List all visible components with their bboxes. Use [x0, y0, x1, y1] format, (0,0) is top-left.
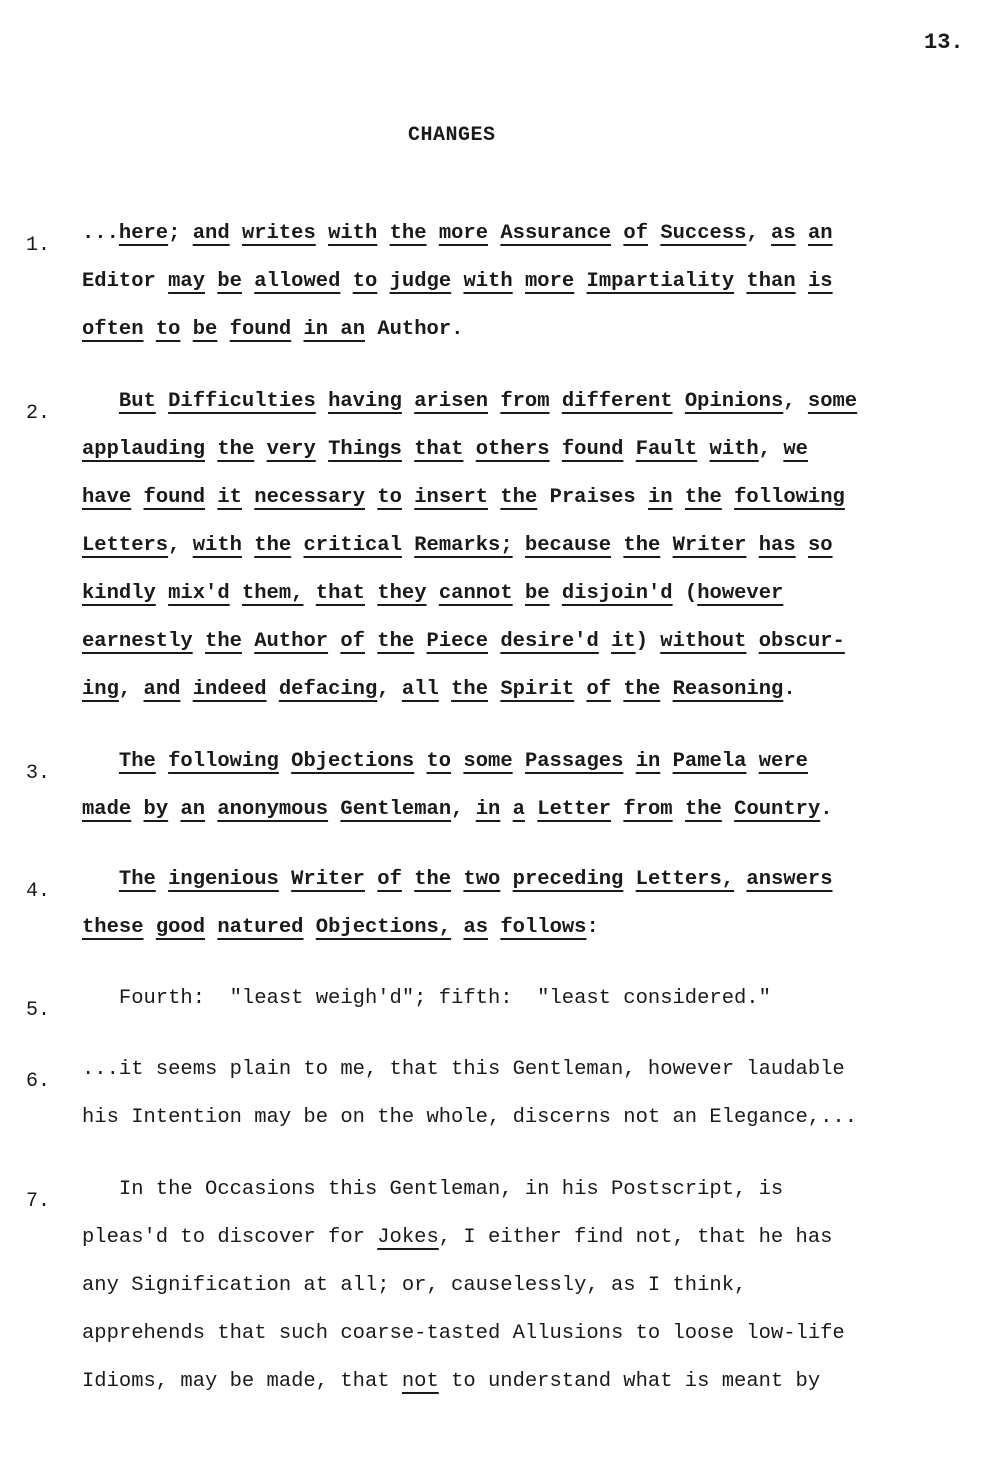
entry-number: 5. [26, 999, 50, 1022]
underlined-text: indeed [193, 678, 267, 701]
underlined-text: of [586, 678, 611, 701]
underlined-text: the [623, 678, 660, 701]
underlined-text: it [611, 630, 636, 653]
underlined-text: desire'd [500, 630, 598, 653]
text [451, 868, 463, 891]
entry-number: 1. [26, 234, 50, 257]
text: ) [636, 630, 661, 653]
text: pleas'd to discover for [82, 1226, 377, 1249]
text [156, 582, 168, 605]
text: , [377, 678, 402, 701]
text-line: have found it necessary to insert the Pr… [82, 486, 845, 509]
text [316, 222, 328, 245]
text [230, 222, 242, 245]
text [144, 318, 156, 341]
text [488, 678, 500, 701]
underlined-text: Difficulties [168, 390, 316, 413]
text [488, 630, 500, 653]
text-line: ing, and indeed defacing, all the Spirit… [82, 678, 796, 701]
text-line: his Intention may be on the whole, disce… [82, 1106, 857, 1129]
text [131, 798, 143, 821]
underlined-text: the [451, 678, 488, 701]
underlined-text: they [377, 582, 426, 605]
text [796, 534, 808, 557]
text [673, 390, 685, 413]
underlined-text: Fault [636, 438, 698, 461]
text-line: any Signification at all; or, causelessl… [82, 1274, 746, 1297]
text [623, 750, 635, 773]
text [303, 916, 315, 939]
text [660, 534, 672, 557]
underlined-text: with [193, 534, 242, 557]
text [242, 486, 254, 509]
text [328, 798, 340, 821]
text [513, 750, 525, 773]
underlined-text: that [316, 582, 365, 605]
underlined-text: found [562, 438, 624, 461]
underlined-text: necessary [254, 486, 365, 509]
text [316, 390, 328, 413]
text [414, 630, 426, 653]
text [451, 750, 463, 773]
text [205, 916, 217, 939]
underlined-text: kindly [82, 582, 156, 605]
text [599, 630, 611, 653]
underlined-text: Piece [427, 630, 489, 653]
underlined-text: Letters, [636, 868, 734, 891]
text: Idioms, may be made, that [82, 1370, 402, 1393]
underlined-text: earnestly [82, 630, 193, 653]
underlined-text: Pamela [673, 750, 747, 773]
underlined-text: Reasoning [673, 678, 784, 701]
underlined-text: allowed [254, 270, 340, 293]
underlined-text: very [267, 438, 316, 461]
text [82, 750, 119, 773]
text-line: The following Objections to some Passage… [82, 750, 808, 773]
underlined-text: a [513, 798, 525, 821]
underlined-text: The [119, 750, 156, 773]
underlined-text: preceding [513, 868, 624, 891]
underlined-text: all [402, 678, 439, 701]
underlined-text: critical [303, 534, 401, 557]
text [242, 534, 254, 557]
text [513, 270, 525, 293]
text [82, 390, 119, 413]
text [291, 534, 303, 557]
text [550, 438, 562, 461]
text: , [168, 534, 193, 557]
underlined-text: the [205, 630, 242, 653]
text [377, 270, 389, 293]
underlined-text: the [414, 868, 451, 891]
text [746, 534, 758, 557]
text [365, 868, 377, 891]
text [796, 222, 808, 245]
text [156, 750, 168, 773]
text [303, 582, 315, 605]
underlined-text: applauding [82, 438, 205, 461]
text [500, 868, 512, 891]
underlined-text: be [525, 582, 550, 605]
underlined-text: more [439, 222, 488, 245]
text [722, 486, 734, 509]
text [402, 534, 414, 557]
underlined-text: the [390, 222, 427, 245]
underlined-text: an [808, 222, 833, 245]
text [488, 390, 500, 413]
text-line: applauding the very Things that others f… [82, 438, 808, 461]
text [279, 868, 291, 891]
text [328, 630, 340, 653]
text [402, 438, 414, 461]
text [427, 222, 439, 245]
text: Author. [365, 318, 463, 341]
underlined-text: as [463, 916, 488, 939]
text [242, 630, 254, 653]
entry-number: 7. [26, 1190, 50, 1213]
text-line: Fourth: "least weigh'd"; fifth: "least c… [82, 987, 771, 1010]
text [660, 750, 672, 773]
underlined-text: different [562, 390, 673, 413]
underlined-text: so [808, 534, 833, 557]
text: , [783, 390, 808, 413]
text [230, 582, 242, 605]
text-line: Letters, with the critical Remarks; beca… [82, 534, 833, 557]
underlined-text: has [759, 534, 796, 557]
underlined-text: not [402, 1370, 439, 1393]
text [451, 916, 463, 939]
text [439, 678, 451, 701]
underlined-text: disjoin'd [562, 582, 673, 605]
text [623, 438, 635, 461]
text [242, 270, 254, 293]
text [463, 438, 475, 461]
underlined-text: we [783, 438, 808, 461]
text [574, 678, 586, 701]
text [513, 534, 525, 557]
underlined-text: Objections, [316, 916, 451, 939]
underlined-text: more [525, 270, 574, 293]
text [205, 798, 217, 821]
entry-number: 6. [26, 1070, 50, 1093]
underlined-text: in an [304, 318, 366, 341]
underlined-text: were [759, 750, 808, 773]
text [673, 798, 685, 821]
text [746, 750, 758, 773]
text [414, 750, 426, 773]
underlined-text: in [648, 486, 673, 509]
text [377, 222, 389, 245]
text-line: ...here; and writes with the more Assura… [82, 222, 833, 245]
underlined-text: the [685, 798, 722, 821]
text: : [586, 916, 598, 939]
underlined-text: than [746, 270, 795, 293]
text [217, 318, 229, 341]
text-line: pleas'd to discover for Jokes, I either … [82, 1226, 832, 1249]
underlined-text: to [377, 486, 402, 509]
underlined-text: Jokes [377, 1226, 439, 1249]
underlined-text: natured [217, 916, 303, 939]
text: apprehends that such coarse-tasted Allus… [82, 1322, 845, 1345]
text: , [746, 222, 771, 245]
underlined-text: of [340, 630, 365, 653]
underlined-text: to [156, 318, 181, 341]
underlined-text: Objections [291, 750, 414, 773]
underlined-text: judge [390, 270, 452, 293]
text-line: made by an anonymous Gentleman, in a Let… [82, 798, 833, 821]
underlined-text: and [144, 678, 181, 701]
text [402, 868, 414, 891]
underlined-text: ing [82, 678, 119, 701]
text [488, 916, 500, 939]
text [796, 270, 808, 293]
text: ( [673, 582, 698, 605]
underlined-text: follows [500, 916, 586, 939]
entry-number: 2. [26, 402, 50, 425]
text-line: kindly mix'd them, that they cannot be d… [82, 582, 783, 605]
text [156, 390, 168, 413]
underlined-text: however [697, 582, 783, 605]
underlined-text: insert [414, 486, 488, 509]
page-title: CHANGES [408, 124, 496, 147]
text: , I either find not, that he has [439, 1226, 833, 1249]
underlined-text: having [328, 390, 402, 413]
text [144, 916, 156, 939]
underlined-text: by [144, 798, 169, 821]
underlined-text: found [144, 486, 206, 509]
text: ; [168, 222, 193, 245]
text [697, 438, 709, 461]
underlined-text: be [217, 270, 242, 293]
text-line: In the Occasions this Gentleman, in his … [82, 1178, 783, 1201]
text [316, 438, 328, 461]
text: Editor [82, 270, 168, 293]
text-line: often to be found in an Author. [82, 318, 463, 341]
entry-number: 3. [26, 762, 50, 785]
underlined-text: Success [660, 222, 746, 245]
underlined-text: some [463, 750, 512, 773]
text [488, 222, 500, 245]
text: Fourth: "least weigh'd"; fifth: "least c… [82, 987, 771, 1010]
text [205, 438, 217, 461]
underlined-text: the [217, 438, 254, 461]
text [660, 678, 672, 701]
underlined-text: Passages [525, 750, 623, 773]
text [611, 798, 623, 821]
underlined-text: answers [746, 868, 832, 891]
underlined-text: writes [242, 222, 316, 245]
underlined-text: mix'd [168, 582, 230, 605]
underlined-text: made [82, 798, 131, 821]
underlined-text: and [193, 222, 230, 245]
underlined-text: Things [328, 438, 402, 461]
underlined-text: with [463, 270, 512, 293]
text [156, 868, 168, 891]
underlined-text: ingenious [168, 868, 279, 891]
underlined-text: may [168, 270, 205, 293]
text [427, 582, 439, 605]
underlined-text: with [710, 438, 759, 461]
text: ... [82, 222, 119, 245]
text [734, 270, 746, 293]
text [623, 868, 635, 891]
underlined-text: good [156, 916, 205, 939]
text [402, 390, 414, 413]
underlined-text: that [414, 438, 463, 461]
text-line: apprehends that such coarse-tasted Allus… [82, 1322, 845, 1345]
text [193, 630, 205, 653]
text [673, 486, 685, 509]
underlined-text: in [636, 750, 661, 773]
text [180, 318, 192, 341]
underlined-text: is [808, 270, 833, 293]
underlined-text: Gentleman [340, 798, 451, 821]
underlined-text: Writer [291, 868, 365, 891]
text [722, 798, 734, 821]
underlined-text: here [119, 222, 168, 245]
underlined-text: of [623, 222, 648, 245]
text [254, 438, 266, 461]
underlined-text: Impartiality [587, 270, 735, 293]
underlined-text: others [476, 438, 550, 461]
underlined-text: from [500, 390, 549, 413]
underlined-text: have [82, 486, 131, 509]
underlined-text: But [119, 390, 156, 413]
text-line: The ingenious Writer of the two precedin… [82, 868, 833, 891]
text: Praises [537, 486, 648, 509]
underlined-text: following [168, 750, 279, 773]
text: to understand what is meant by [439, 1370, 820, 1393]
text-line: But Difficulties having arisen from diff… [82, 390, 857, 413]
text [451, 270, 463, 293]
underlined-text: obscur- [759, 630, 845, 653]
text [734, 868, 746, 891]
underlined-text: anonymous [217, 798, 328, 821]
underlined-text: found [230, 318, 292, 341]
text [550, 582, 562, 605]
underlined-text: Writer [673, 534, 747, 557]
underlined-text: the [500, 486, 537, 509]
underlined-text: it [217, 486, 242, 509]
underlined-text: as [771, 222, 796, 245]
underlined-text: the [377, 630, 414, 653]
text [488, 486, 500, 509]
text [402, 486, 414, 509]
underlined-text: because [525, 534, 611, 557]
text: any Signification at all; or, causelessl… [82, 1274, 746, 1297]
underlined-text: often [82, 318, 144, 341]
text [168, 798, 180, 821]
text [550, 390, 562, 413]
underlined-text: these [82, 916, 144, 939]
text [525, 798, 537, 821]
text [205, 486, 217, 509]
text: his Intention may be on the whole, disce… [82, 1106, 857, 1129]
text: . [820, 798, 832, 821]
text [365, 582, 377, 605]
underlined-text: of [377, 868, 402, 891]
underlined-text: Letters [82, 534, 168, 557]
underlined-text: The [119, 868, 156, 891]
text: In the Occasions this Gentleman, in his … [82, 1178, 783, 1201]
underlined-text: Author [254, 630, 328, 653]
underlined-text: the [254, 534, 291, 557]
page-number: 13. [924, 30, 964, 55]
underlined-text: from [623, 798, 672, 821]
underlined-text: two [463, 868, 500, 891]
text [574, 270, 586, 293]
underlined-text: some [808, 390, 857, 413]
underlined-text: to [353, 270, 378, 293]
text: , [451, 798, 476, 821]
text [131, 486, 143, 509]
text [648, 222, 660, 245]
underlined-text: Country [734, 798, 820, 821]
underlined-text: Spirit [500, 678, 574, 701]
text [365, 630, 377, 653]
text-line: earnestly the Author of the Piece desire… [82, 630, 845, 653]
text-line: ...it seems plain to me, that this Gentl… [82, 1058, 845, 1081]
underlined-text: defacing [279, 678, 377, 701]
underlined-text: an [180, 798, 205, 821]
text-line: Editor may be allowed to judge with more… [82, 270, 833, 293]
underlined-text: without [660, 630, 746, 653]
entry-number: 4. [26, 880, 50, 903]
text [513, 582, 525, 605]
text [611, 534, 623, 557]
underlined-text: the [685, 486, 722, 509]
underlined-text: the [623, 534, 660, 557]
underlined-text: with [328, 222, 377, 245]
text [611, 678, 623, 701]
text [340, 270, 352, 293]
text [267, 678, 279, 701]
underlined-text: in [476, 798, 501, 821]
text [180, 678, 192, 701]
underlined-text: to [427, 750, 452, 773]
text: , [119, 678, 144, 701]
text [205, 270, 217, 293]
text-line: these good natured Objections, as follow… [82, 916, 599, 939]
underlined-text: following [734, 486, 845, 509]
text [82, 868, 119, 891]
underlined-text: Opinions [685, 390, 783, 413]
underlined-text: arisen [414, 390, 488, 413]
text: . [783, 678, 795, 701]
underlined-text: them, [242, 582, 304, 605]
text [365, 486, 377, 509]
text [611, 222, 623, 245]
text: , [759, 438, 784, 461]
text: ...it seems plain to me, that this Gentl… [82, 1058, 845, 1081]
text [746, 630, 758, 653]
underlined-text: Letter [537, 798, 611, 821]
text [500, 798, 512, 821]
underlined-text: Remarks; [414, 534, 512, 557]
text [291, 318, 303, 341]
underlined-text: Assurance [500, 222, 611, 245]
text-line: Idioms, may be made, that not to underst… [82, 1370, 820, 1393]
text [279, 750, 291, 773]
underlined-text: be [193, 318, 218, 341]
underlined-text: cannot [439, 582, 513, 605]
